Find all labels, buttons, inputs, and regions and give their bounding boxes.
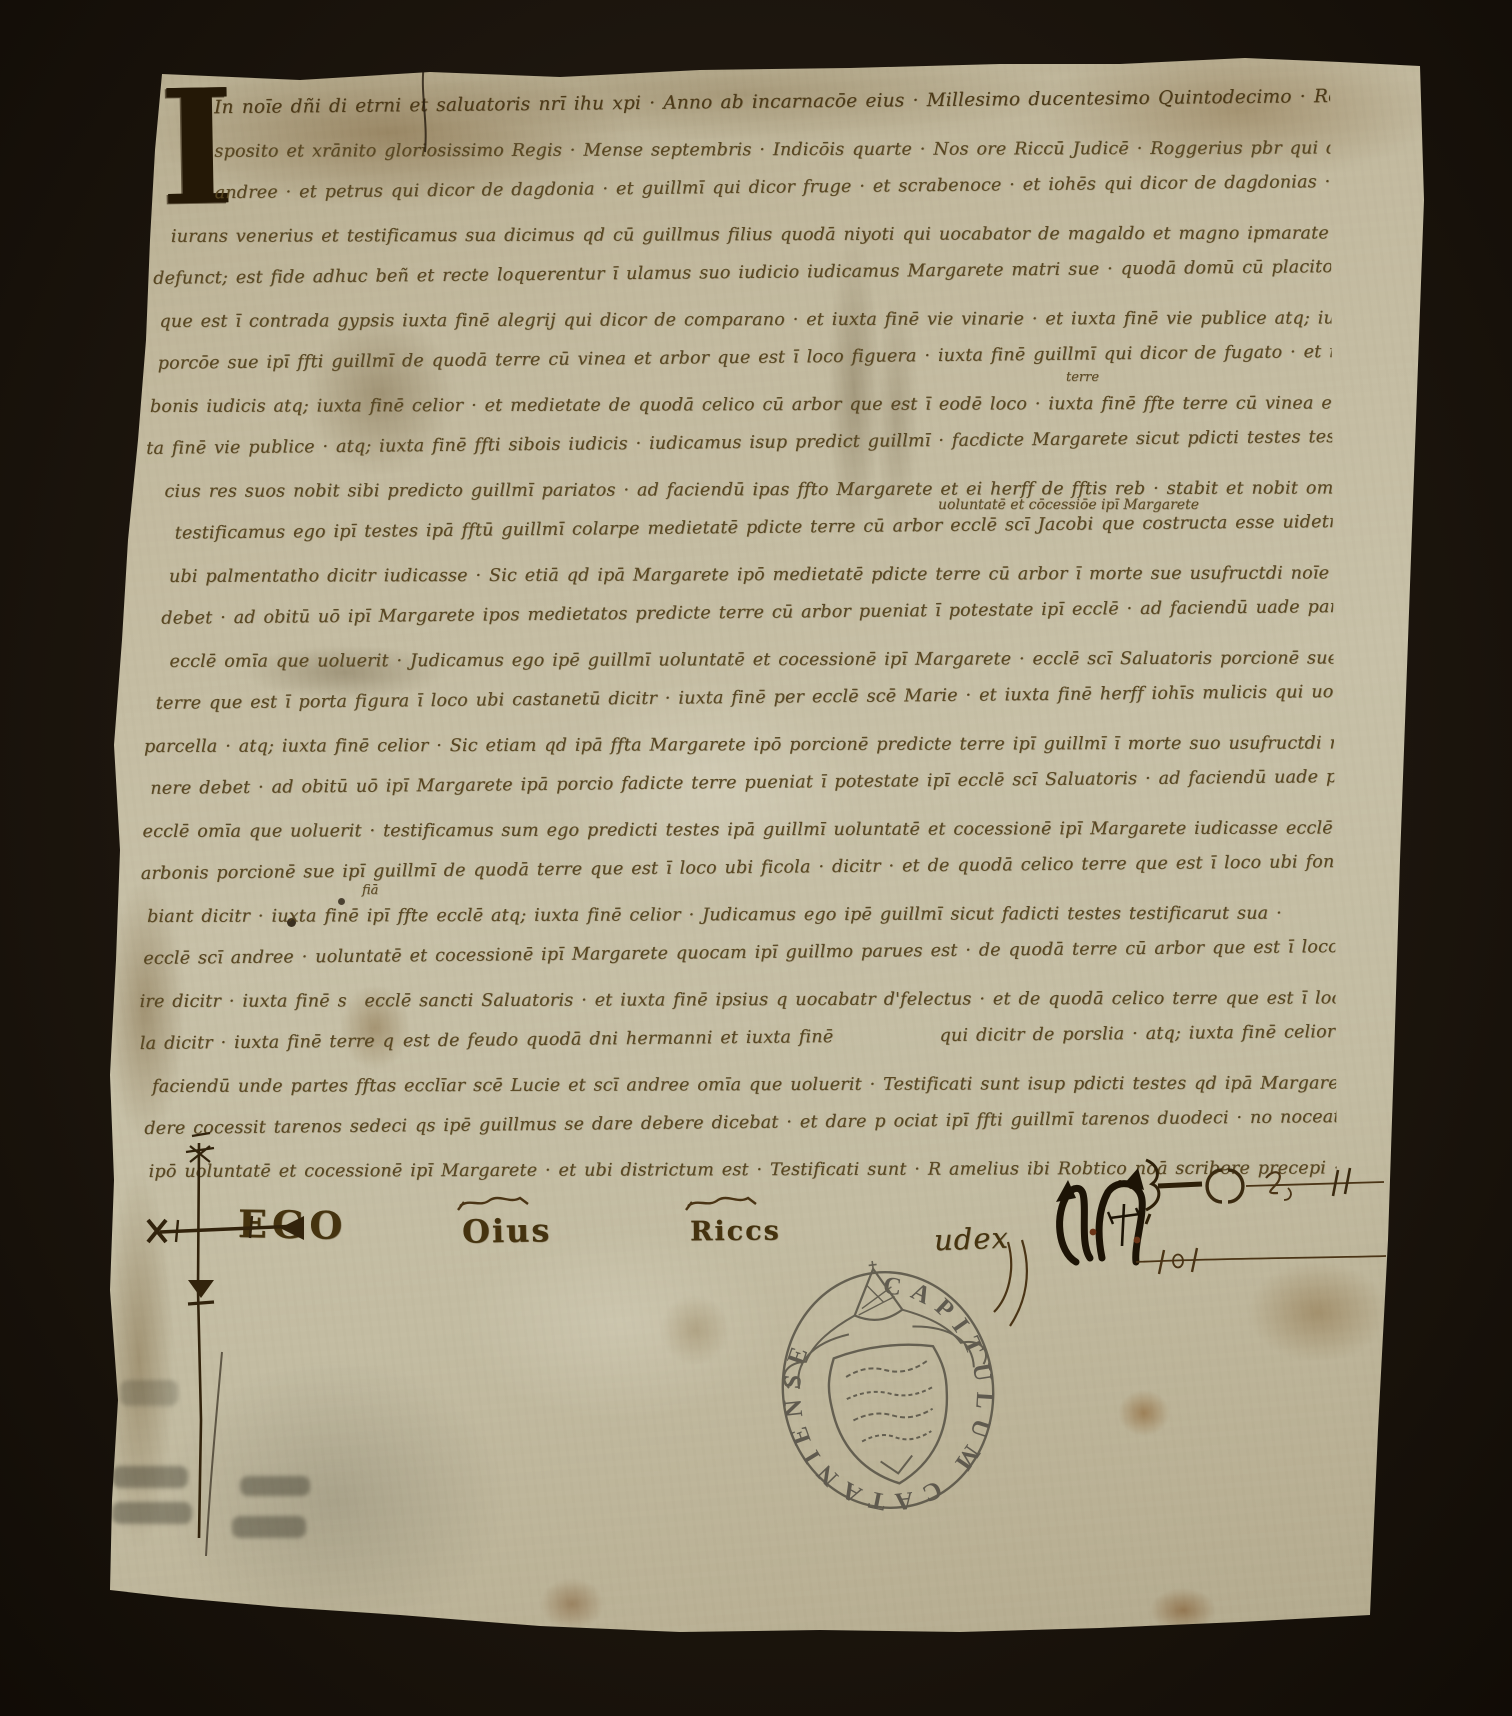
interlinear-insertion: uoluntatē et cōcessiōe ipī Margarete [938, 497, 1199, 513]
grey-smudge [240, 1476, 310, 1496]
interlinear-insertion: fiā [362, 883, 378, 898]
charter-text: In noīe dñi di etrni et saluatoris nrī i… [134, 81, 1337, 1193]
charter-line: In noīe dñi di etrni et saluatoris nrī i… [134, 81, 1330, 131]
signature-riccs: Riccs [690, 1216, 781, 1248]
grey-smudge [112, 1466, 188, 1488]
signature-udex: udex [933, 1221, 1009, 1258]
grey-smudge [112, 1502, 192, 1524]
signature-ego: EGO [238, 1201, 348, 1248]
grey-smudge [232, 1516, 306, 1538]
charter-line: ipō uoluntatē et cocessionē ipī Margaret… [141, 1147, 1337, 1193]
grey-smudge [120, 1380, 178, 1406]
parchment: I In noīe dñi di etrni et saluatoris nrī… [0, 0, 1512, 1716]
signature-oius: Oius [462, 1211, 552, 1251]
photo-background: I In noīe dñi di etrni et saluatoris nrī… [0, 0, 1512, 1716]
interlinear-insertion: terre [1066, 370, 1099, 385]
